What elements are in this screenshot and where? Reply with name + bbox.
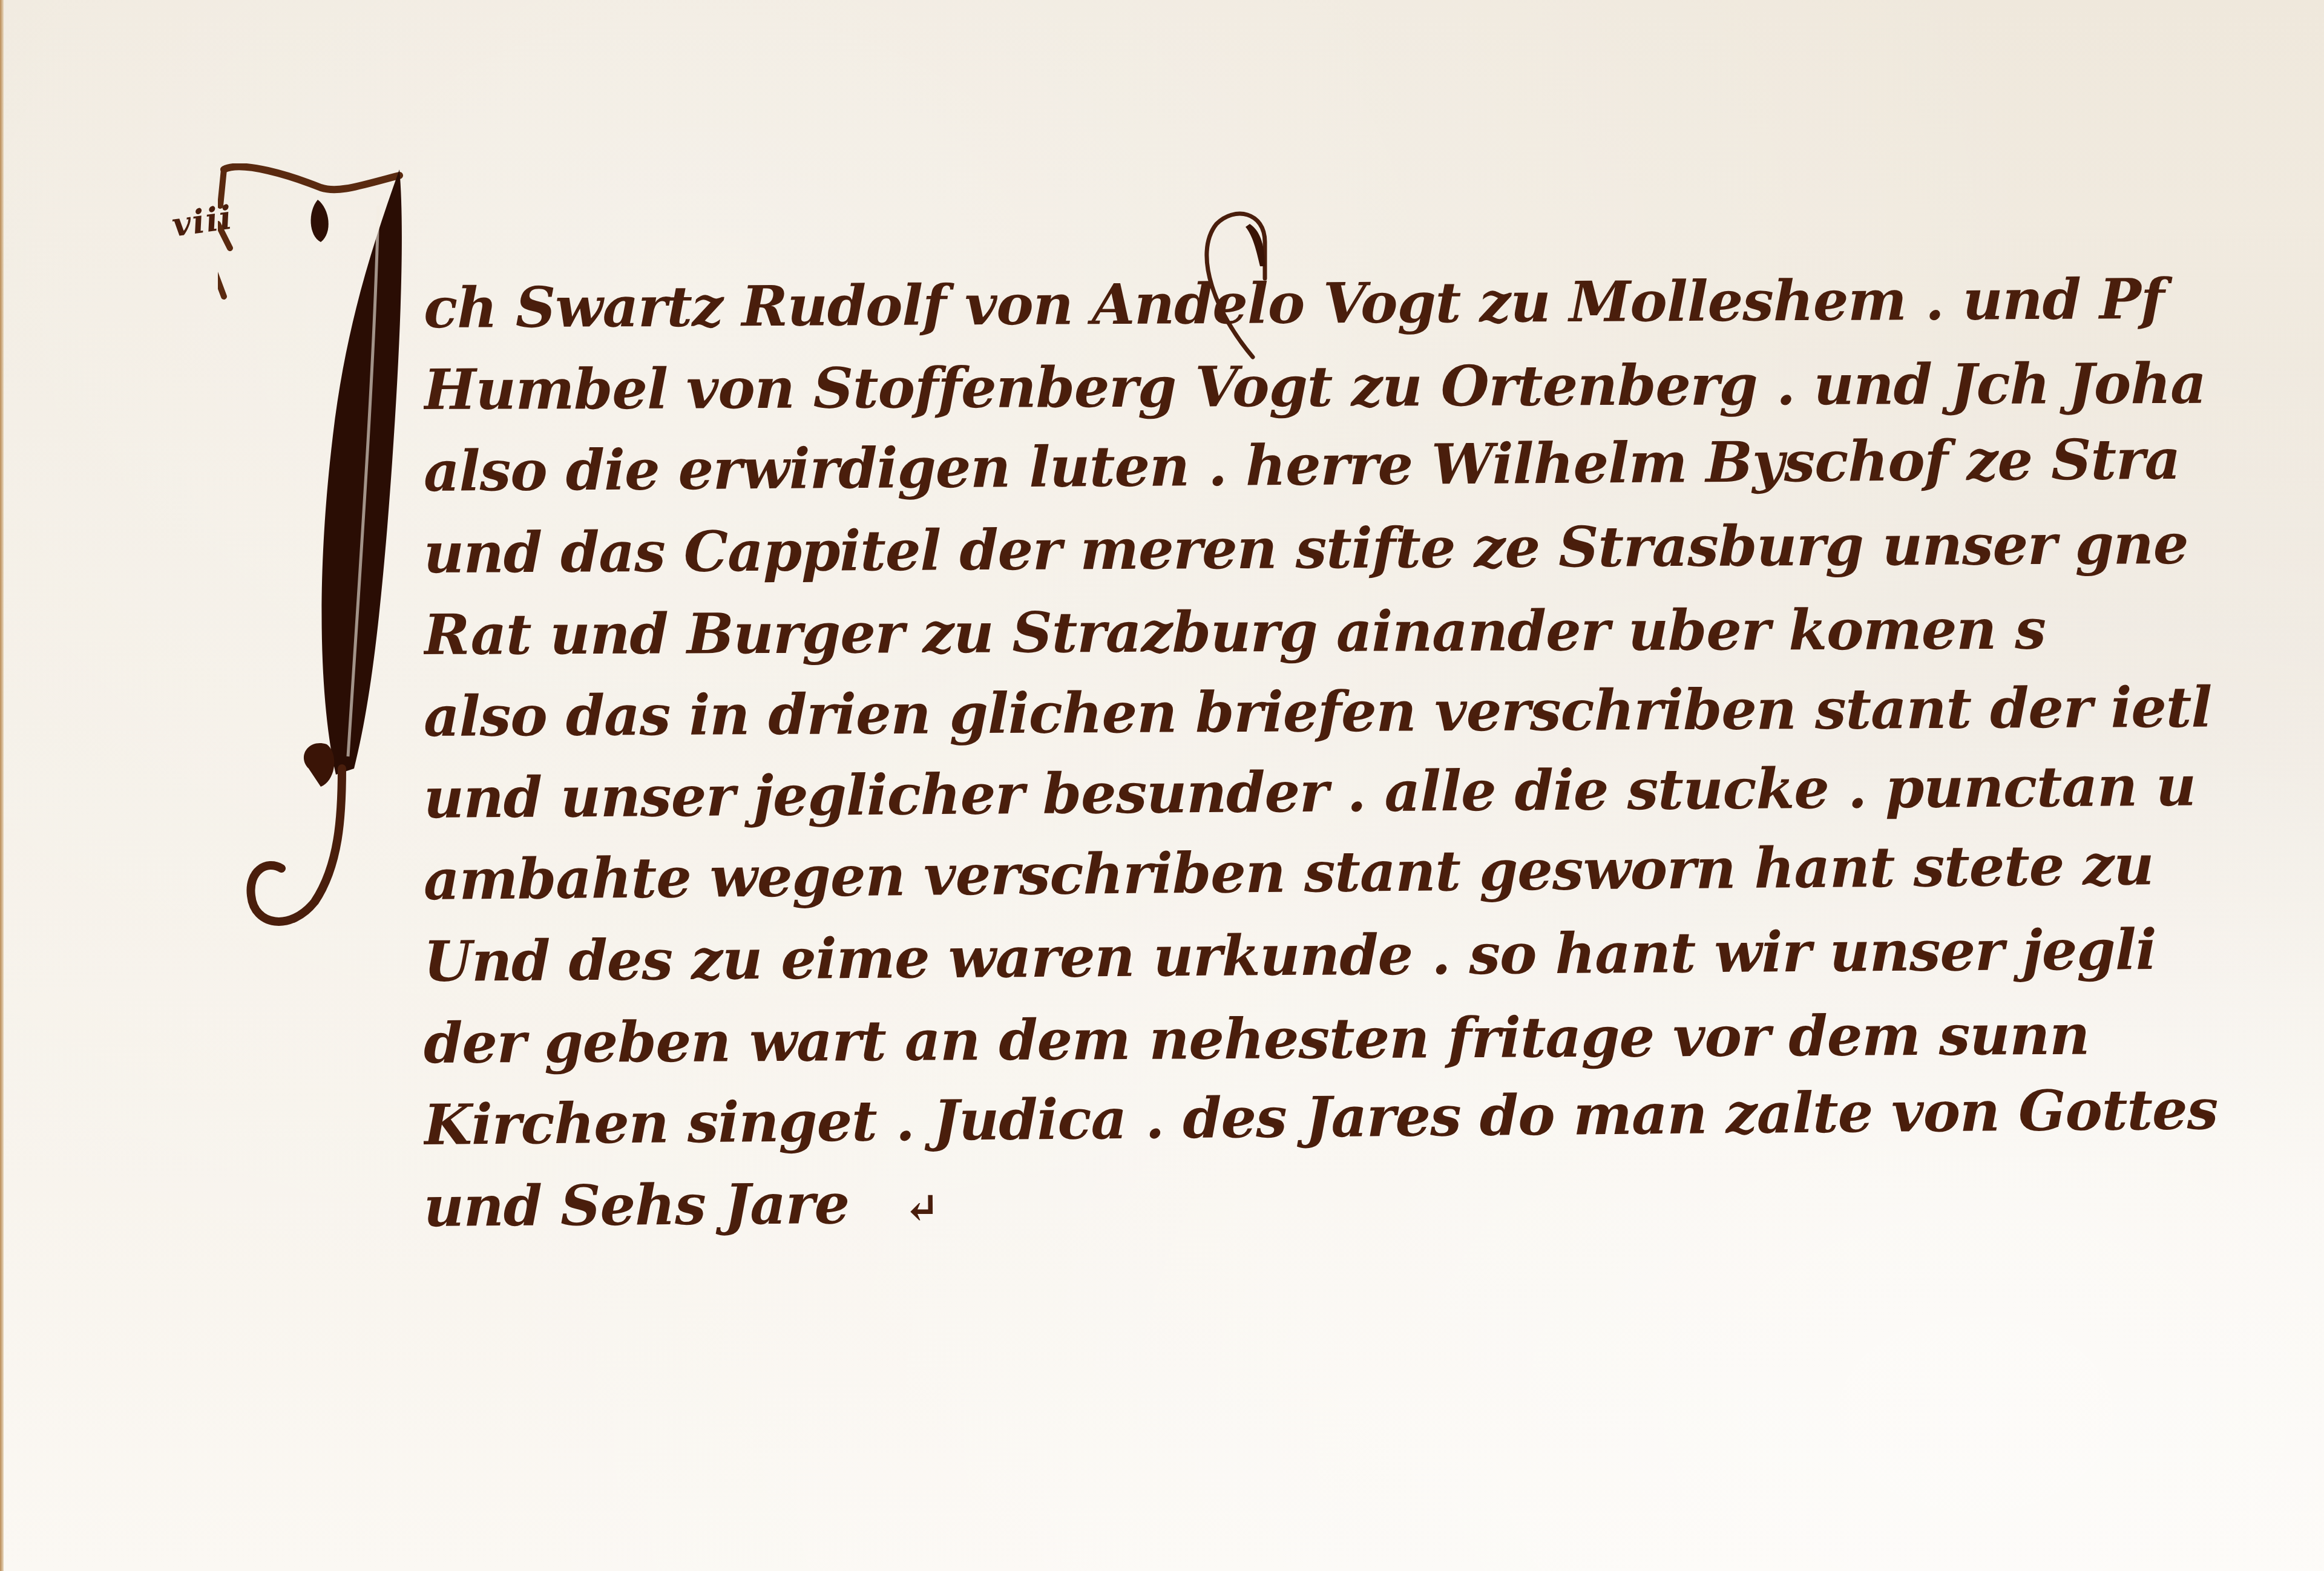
decorated-initial-j (218, 163, 436, 962)
text-line-12: und Sehs Jare ↵ (424, 1153, 2324, 1248)
text-line-6: also das in drien glichen briefen versch… (424, 666, 2324, 758)
text-line-3: also die erwirdigen luten . herre Wilhel… (424, 418, 2324, 513)
text-line-4: und das Cappitel der meren stifte ze Str… (424, 503, 2324, 594)
scan-edge (0, 0, 4, 1571)
text-line-2: Humbel von Stoffenberg Vogt zu Ortenberg… (424, 343, 2324, 431)
text-line-9: Und des zu eime waren urkunde . so hant … (424, 908, 2324, 1003)
charter-text-block: ch Swartz Rudolf von Andelo Vogt zu Moll… (424, 267, 2324, 1248)
text-line-11: Kirchen singet . Judica . des Jares do m… (424, 1068, 2324, 1166)
initial-j-icon (218, 163, 436, 962)
text-line-8: ambahte wegen verschriben stant gesworn … (424, 823, 2324, 921)
text-line-5: Rat und Burger zu Strazburg ainander ube… (424, 588, 2324, 676)
line-filler-mark-icon: ↵ (904, 1167, 940, 1248)
text-line-12-content: und Sehs Jare (424, 1171, 849, 1239)
text-line-1: ch Swartz Rudolf von Andelo Vogt zu Moll… (424, 267, 2324, 349)
